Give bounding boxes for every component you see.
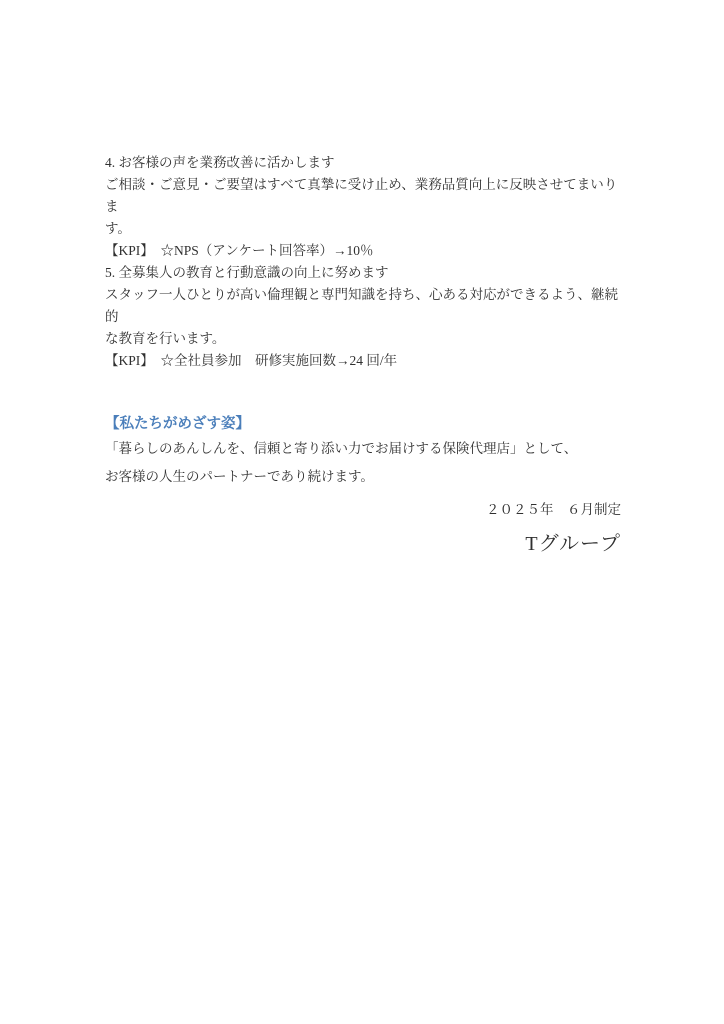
section-4-heading: 4. お客様の声を業務改善に活かします [105,152,621,174]
section-4-body: ご相談・ご意見・ご要望はすべて真摯に受け止め、業務品質向上に反映させてまいりま … [105,174,621,240]
enactment-date: ２０２５年 ６月制定 [105,499,621,521]
document-page: 4. お客様の声を業務改善に活かします ご相談・ご意見・ご要望はすべて真摯に受け… [0,0,724,1024]
vision-line-2: お客様の人生のパートナーであり続けます。 [105,466,621,488]
vision-line-1: 「暮らしのあんしんを、信頼と寄り添い力でお届けする保険代理店」として、 [105,438,621,460]
section-5-body: スタッフ一人ひとりが高い倫理観と専門知識を持ち、心ある対応ができるよう、継続的 … [105,284,621,350]
document-content: 4. お客様の声を業務改善に活かします ご相談・ご意見・ご要望はすべて真摯に受け… [105,152,621,557]
section-5: 5. 全募集人の教育と行動意識の向上に努めます スタッフ一人ひとりが高い倫理観と… [105,262,621,372]
section-4-kpi: 【KPI】 ☆NPS（アンケート回答率）→10％ [105,240,621,262]
section-4: 4. お客様の声を業務改善に活かします ご相談・ご意見・ご要望はすべて真摯に受け… [105,152,621,262]
company-signature: Tグループ [105,531,621,557]
section-5-heading: 5. 全募集人の教育と行動意識の向上に努めます [105,262,621,284]
vision-heading: 【私たちがめざす姿】 [105,413,621,435]
vision-section: 【私たちがめざす姿】 「暮らしのあんしんを、信頼と寄り添い力でお届けする保険代理… [105,413,621,488]
section-5-kpi: 【KPI】 ☆全社員参加 研修実施回数→24 回/年 [105,350,621,372]
